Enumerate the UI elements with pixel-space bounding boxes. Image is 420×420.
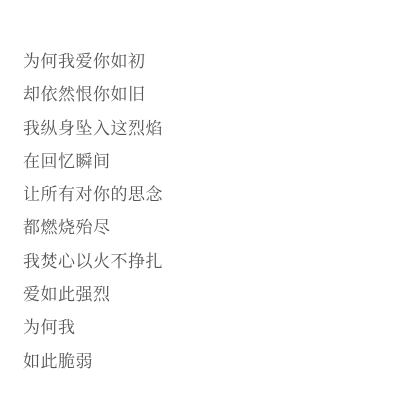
lyric-line: 如此脆弱 xyxy=(23,350,163,383)
lyric-line: 我焚心以火不挣扎 xyxy=(23,250,163,283)
lyric-line: 却依然恨你如旧 xyxy=(23,83,163,116)
lyric-line: 我纵身坠入这烈焰 xyxy=(23,117,163,150)
lyric-line: 为何我 xyxy=(23,316,163,349)
lyric-line: 为何我爱你如初 xyxy=(23,50,163,83)
lyric-line: 在回忆瞬间 xyxy=(23,150,163,183)
lyric-line: 爱如此强烈 xyxy=(23,283,163,316)
lyric-line: 都燃烧殆尽 xyxy=(23,216,163,249)
lyric-line: 让所有对你的思念 xyxy=(23,183,163,216)
lyrics-text: 为何我爱你如初 却依然恨你如旧 我纵身坠入这烈焰 在回忆瞬间 让所有对你的思念 … xyxy=(23,50,163,383)
